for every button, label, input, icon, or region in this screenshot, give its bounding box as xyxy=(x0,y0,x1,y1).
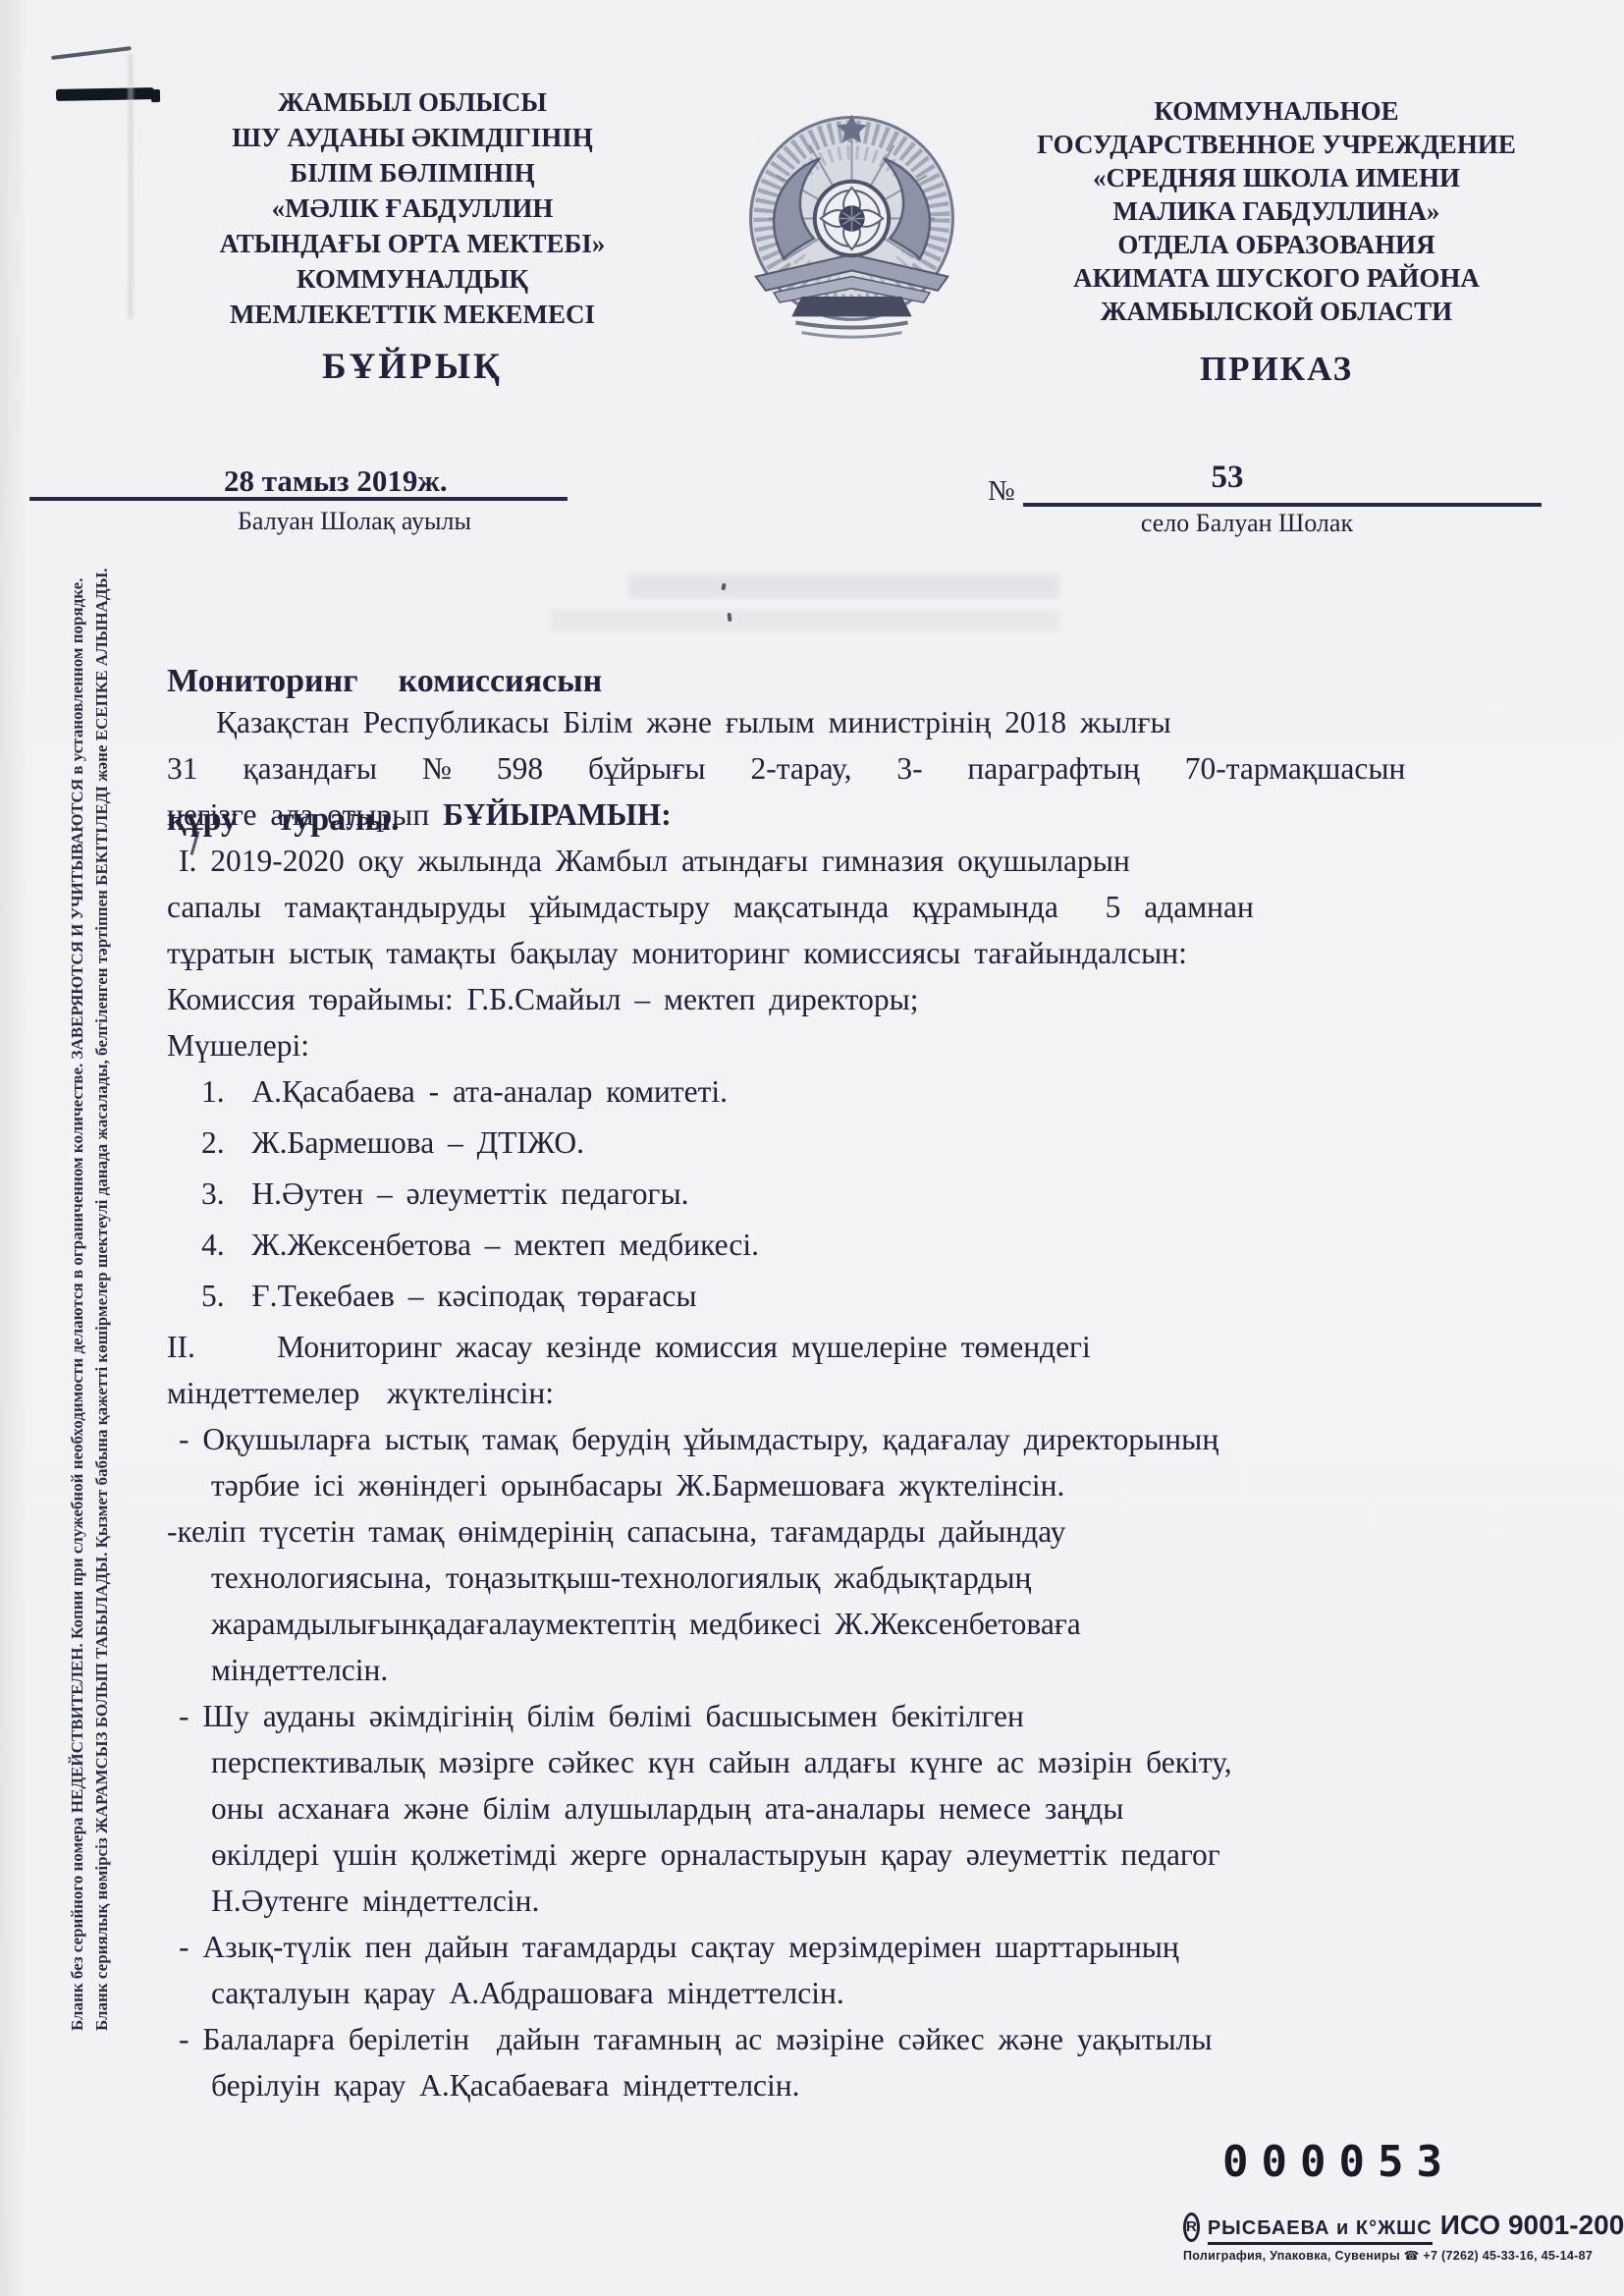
org-line: ЖАМБЫЛ ОБЛЫСЫ xyxy=(147,84,677,120)
print-house-services: Полиграфия, Упаковка, Сувениры ☎ +7 (726… xyxy=(1183,2248,1605,2263)
commission-member: 3. Н.Әутен – әлеуметтік педагогы. xyxy=(167,1171,1542,1217)
duty-line: -келіп түсетін тамақ өнімдерінің сапасын… xyxy=(167,1508,1542,1555)
paragraph-line: сапалы тамақтандыруды ұйымдастыру мақсат… xyxy=(167,884,1542,930)
org-line: КОММУНАЛЬНОЕ xyxy=(992,94,1561,128)
erased-smudge xyxy=(628,574,1060,599)
duty-line: перспективалық мәзірге сәйкес күн сайын … xyxy=(167,1739,1542,1785)
title-line: Мониторинг комиссиясын xyxy=(167,658,602,704)
pen-stroke-bar xyxy=(56,87,154,101)
duty-line: сақталуын қарау А.Абдрашоваға міндеттелс… xyxy=(167,1970,1542,2016)
document-body: Қазақстан Республикасы Білім және ғылым … xyxy=(167,699,1542,2108)
org-line: ГОСУДАРСТВЕННОЕ УЧРЕЖДЕНИЕ xyxy=(992,128,1561,161)
print-house-name: РЫСБАЕВА и К°ЖШС xyxy=(1208,2217,1433,2245)
duty-line: технологиясына, тоңазытқыш-технологиялық… xyxy=(167,1555,1542,1601)
paragraph-line: Комиссия төрайымы: Г.Б.Смайыл – мектеп д… xyxy=(167,976,1542,1022)
paragraph-line: 31 қазандағы № 598 бұйрығы 2-тарау, 3- п… xyxy=(167,745,1542,792)
org-name-russian: КОММУНАЛЬНОЕ ГОСУДАРСТВЕННОЕ УЧРЕЖДЕНИЕ … xyxy=(992,94,1561,328)
form-validity-side-notes: Бланк без серийного номера НЕДЕЙСТВИТЕЛЕ… xyxy=(65,568,114,2031)
org-line: АКИМАТА ШУСКОГО РАЙОНА xyxy=(992,261,1561,295)
scan-edge-shadow xyxy=(0,0,27,2296)
iso-certificate: ИСО 9001-2009 xyxy=(1440,2210,1624,2241)
scanned-order-document: ЖАМБЫЛ ОБЛЫСЫ ШУ АУДАНЫ ӘКІМДІГІНІҢ БІЛІ… xyxy=(0,0,1624,2296)
org-line: БІЛІМ БӨЛІМІНІҢ xyxy=(147,155,677,191)
org-name-kazakh: ЖАМБЫЛ ОБЛЫСЫ ШУ АУДАНЫ ӘКІМДІГІНІҢ БІЛІ… xyxy=(147,84,677,332)
org-line: «МӘЛІК ҒАБДУЛЛИН xyxy=(147,191,677,226)
order-word-russian: ПРИКАЗ xyxy=(992,350,1561,389)
duty-line: Н.Әутенге міндеттелсін. xyxy=(167,1878,1542,1924)
duty-line: - Оқушыларға ыстық тамақ берудің ұйымдас… xyxy=(167,1416,1542,1462)
org-line: ШУ АУДАНЫ ӘКІМДІГІНІҢ xyxy=(147,120,677,155)
org-line: АТЫНДАҒЫ ОРТА МЕКТЕБІ» xyxy=(147,226,677,261)
date-place: Балуан Шолақ ауылы xyxy=(238,507,471,536)
duty-line: тәрбие ісі жөніндегі орынбасары Ж.Бармеш… xyxy=(167,1462,1542,1508)
order-word-kazakh: БҰЙРЫҚ xyxy=(147,346,677,388)
org-line: ОТДЕЛА ОБРАЗОВАНИЯ xyxy=(992,228,1561,261)
pen-stroke-thin xyxy=(51,46,132,60)
form-serial-number: 000053 xyxy=(1222,2137,1455,2187)
commission-member: 2. Ж.Бармешова – ДТІЖО. xyxy=(167,1120,1542,1166)
duty-line: өкілдері үшін қолжетімді жерге орналасты… xyxy=(167,1831,1542,1878)
kazakhstan-coat-of-arms-icon xyxy=(722,90,982,351)
order-number: 53 xyxy=(1119,460,1335,496)
number-underline xyxy=(1023,503,1542,507)
org-line: КОММУНАЛДЫҚ xyxy=(147,261,677,297)
number-place: село Балуан Шолак xyxy=(1119,509,1375,538)
duty-line: - Азық-түлік пен дайын тағамдарды сақтау… xyxy=(167,1924,1542,1970)
paragraph-line: міндеттемелер жүктелінсін: xyxy=(167,1370,1542,1416)
erased-smudge xyxy=(550,609,1060,632)
date-underline xyxy=(29,497,568,501)
paper-crease xyxy=(128,54,134,319)
side-note-kazakh: Бланк сериялық нөмірсіз ЖАРАМСЫЗ БОЛЫП Т… xyxy=(89,568,114,2031)
duty-line: жарамдылығынқадағалаумектептің медбикесі… xyxy=(167,1601,1542,1647)
print-house-logo-icon: R xyxy=(1183,2213,1200,2242)
order-date: 28 тамыз 2019ж. xyxy=(224,464,448,499)
number-label: № xyxy=(988,475,1015,508)
duty-line: - Шу ауданы әкімдігінің білім бөлімі бас… xyxy=(167,1693,1542,1739)
commission-member: 5. Ғ.Текебаев – кәсіподақ төрағасы xyxy=(167,1273,1542,1319)
duty-line: - Балаларға берілетін дайын тағамның ас … xyxy=(167,2016,1542,2062)
paragraph-line: тұратын ыстық тамақты бақылау мониторинг… xyxy=(167,930,1542,976)
org-line: ЖАМБЫЛСКОЙ ОБЛАСТИ xyxy=(992,295,1561,328)
paragraph-line: негізге ала отырып БҰЙЫРАМЫН: xyxy=(167,792,1542,838)
commission-member: 1. А.Қасабаева - ата-аналар комитеті. xyxy=(167,1068,1542,1115)
decree-word: БҰЙЫРАМЫН: xyxy=(443,797,672,832)
paragraph-line: II. Мониторинг жасау кезінде комиссия мү… xyxy=(167,1324,1542,1370)
ink-speck xyxy=(728,613,732,622)
org-line: МАЛИКА ГАБДУЛЛИНА» xyxy=(992,194,1561,228)
paragraph-line: I. 2019-2020 оқу жылында Жамбыл атындағы… xyxy=(167,838,1542,884)
commission-member: 4. Ж.Жексенбетова – мектеп медбикесі. xyxy=(167,1222,1542,1268)
duty-line: берілуін қарау А.Қасабаеваға міндеттелсі… xyxy=(167,2062,1542,2108)
duty-line: міндеттелсін. xyxy=(167,1647,1542,1693)
paragraph-line: Мүшелері: xyxy=(167,1022,1542,1068)
org-line: МЕМЛЕКЕТТІК МЕКЕМЕСІ xyxy=(147,297,677,332)
side-note-russian: Бланк без серийного номера НЕДЕЙСТВИТЕЛЕ… xyxy=(65,568,89,2031)
org-line: «СРЕДНЯЯ ШКОЛА ИМЕНИ xyxy=(992,161,1561,194)
print-house-block: R РЫСБАЕВА и К°ЖШС ИСО 9001-2009 Полигра… xyxy=(1183,2210,1605,2263)
paragraph-line: Қазақстан Республикасы Білім және ғылым … xyxy=(167,699,1542,745)
duty-line: оны асханаға және білім алушылардың ата-… xyxy=(167,1785,1542,1831)
